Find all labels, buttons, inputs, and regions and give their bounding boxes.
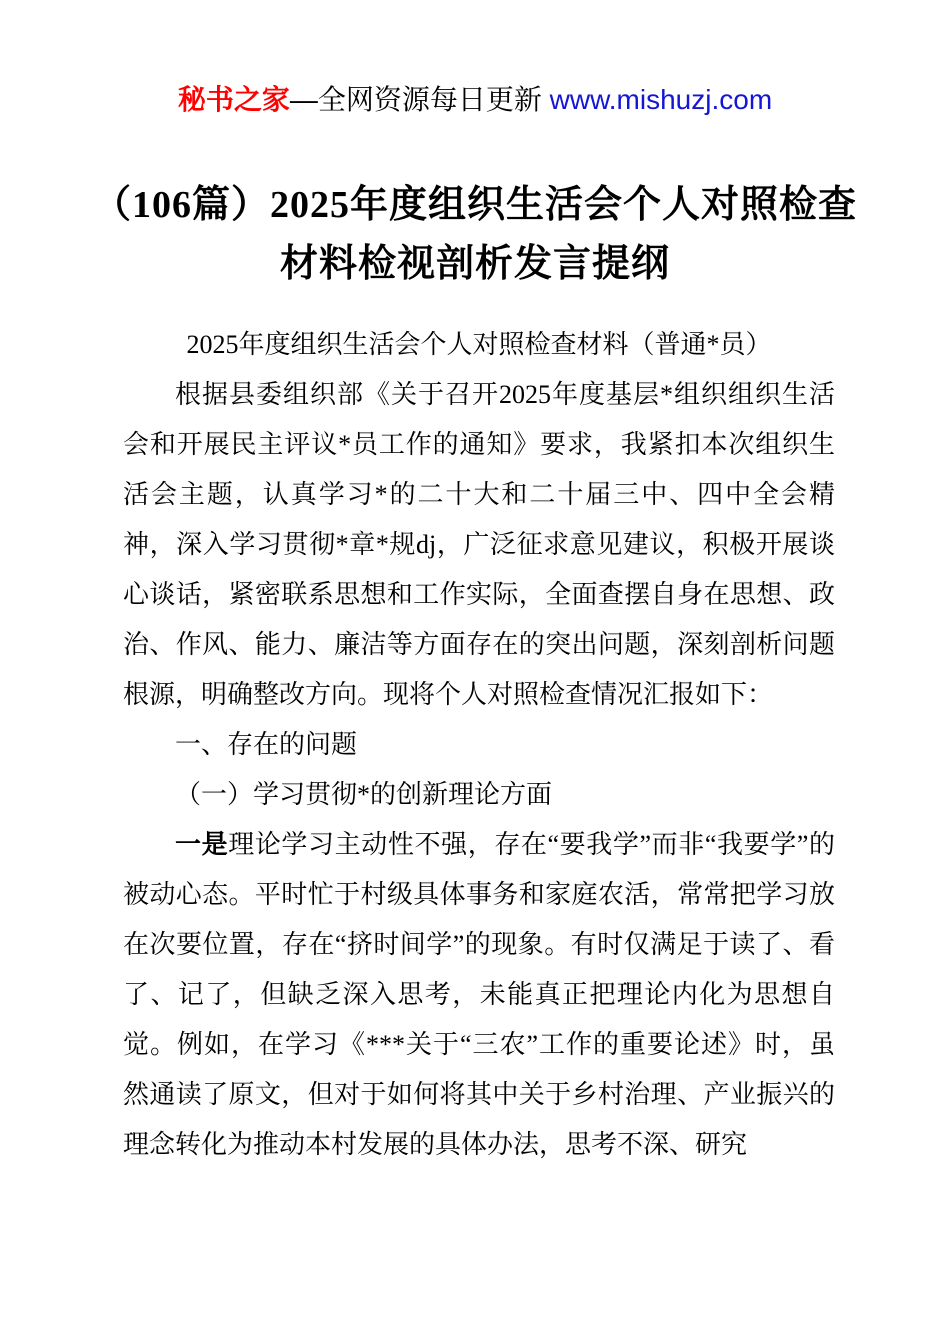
subsection-heading: （一）学习贯彻*的创新理论方面 <box>123 770 835 820</box>
document-title-line-1: （106篇）2025年度组织生活会个人对照检查 <box>0 176 950 235</box>
document-title: （106篇）2025年度组织生活会个人对照检查 材料检视剖析发言提纲 <box>0 176 950 294</box>
site-tagline: —全网资源每日更新 <box>290 84 550 115</box>
item-one-text: 理论学习主动性不强，存在“要我学”而非“我要学”的被动心态。平时忙于村级具体事务… <box>123 830 835 1159</box>
document-title-line-2: 材料检视剖析发言提纲 <box>0 235 950 294</box>
intro-paragraph: 根据县委组织部《关于召开2025年度基层*组织组织生活会和开展民主评议*员工作的… <box>123 370 835 720</box>
item-one-lead: 一是 <box>175 830 228 859</box>
site-header-banner: 秘书之家—全网资源每日更新 www.mishuzj.com <box>0 82 950 118</box>
site-url-link[interactable]: www.mishuzj.com <box>550 84 772 115</box>
item-one-paragraph: 一是理论学习主动性不强，存在“要我学”而非“我要学”的被动心态。平时忙于村级具体… <box>123 820 835 1170</box>
section-heading: 一、存在的问题 <box>123 720 835 770</box>
document-body: 2025年度组织生活会个人对照检查材料（普通*员） 根据县委组织部《关于召开20… <box>123 320 835 1170</box>
site-name: 秘书之家 <box>178 84 290 115</box>
document-subtitle: 2025年度组织生活会个人对照检查材料（普通*员） <box>123 320 835 370</box>
document-page: 秘书之家—全网资源每日更新 www.mishuzj.com （106篇）2025… <box>0 0 950 1344</box>
